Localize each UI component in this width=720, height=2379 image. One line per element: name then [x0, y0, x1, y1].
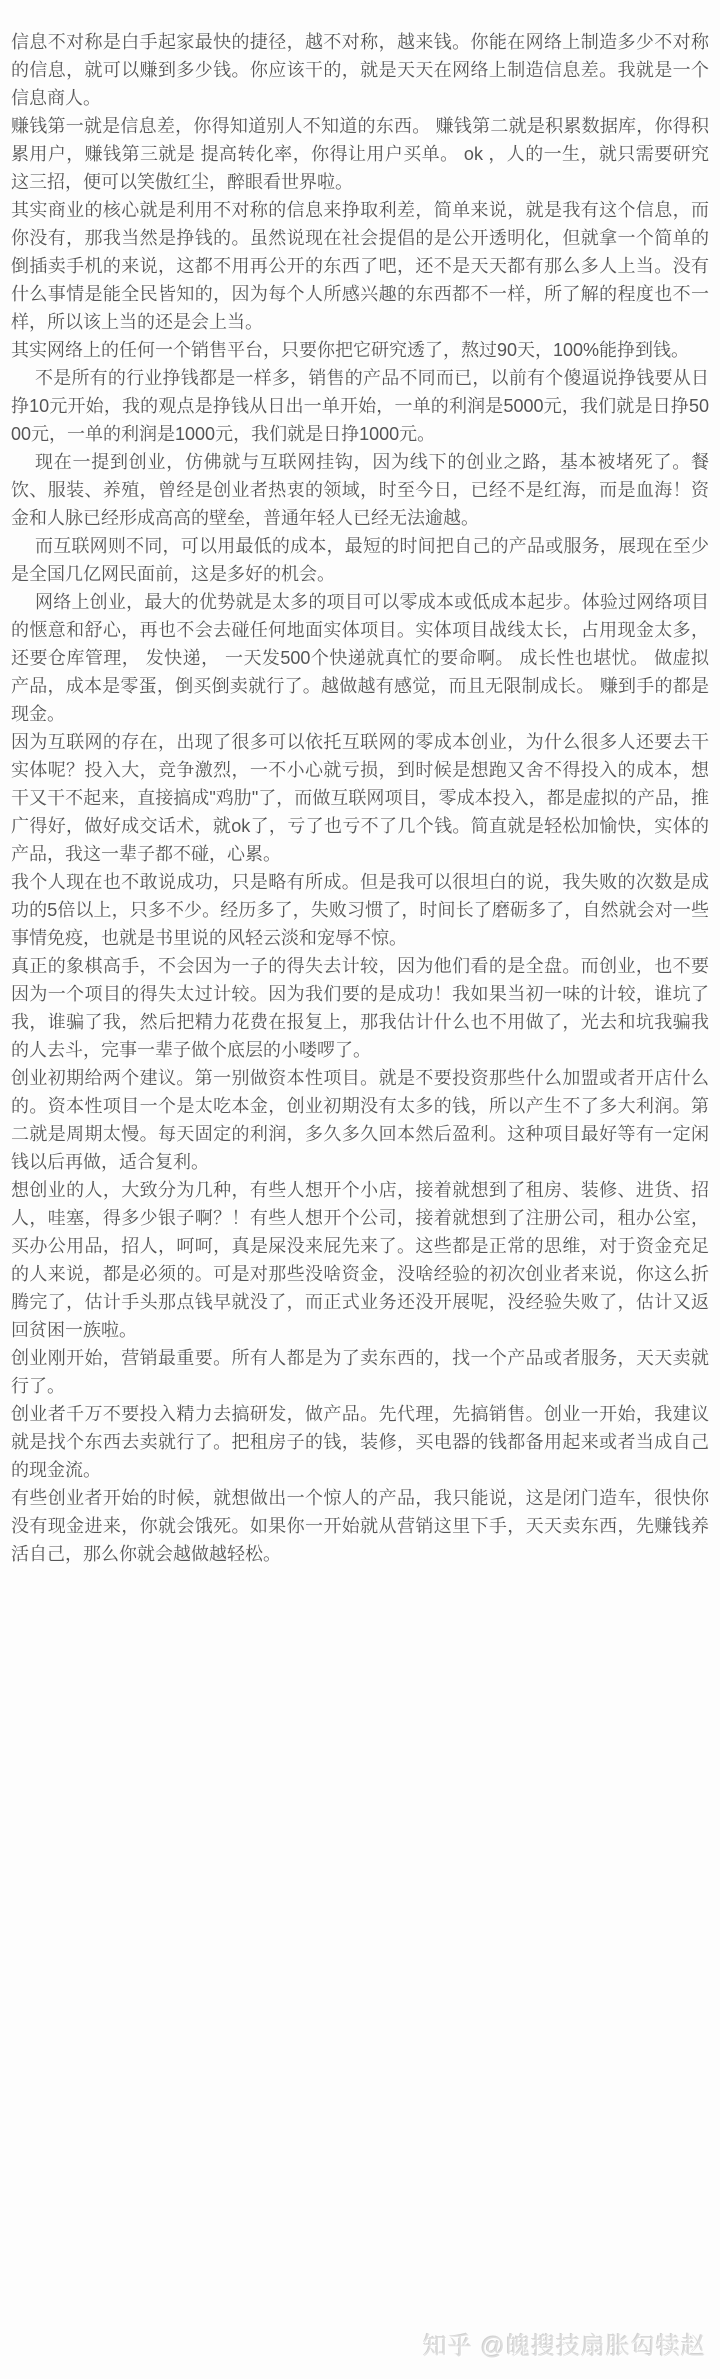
article-paragraph: 其实商业的核心就是利用不对称的信息来挣取利差，简单来说，就是我有这个信息，而你没…: [11, 196, 709, 336]
article-paragraph: 信息不对称是白手起家最快的捷径，越不对称，越来钱。你能在网络上制造多少不对称的信…: [11, 28, 709, 112]
zhihu-watermark: 知乎 @魄搜技扇胀匃犊赵: [423, 2333, 706, 2361]
article-paragraph: 有些创业者开始的时候，就想做出一个惊人的产品，我只能说，这是闭门造车，很快你没有…: [11, 1484, 709, 1568]
article-paragraph: 我个人现在也不敢说成功，只是略有所成。但是我可以很坦白的说，我失败的次数是成功的…: [11, 868, 709, 952]
article-paragraph: 因为互联网的存在，出现了很多可以依托互联网的零成本创业，为什么很多人还要去干实体…: [11, 728, 709, 868]
article-paragraph: 创业者千万不要投入精力去搞研发，做产品。先代理，先搞销售。创业一开始，我建议就是…: [11, 1400, 709, 1484]
article-paragraph: 创业刚开始，营销最重要。所有人都是为了卖东西的，找一个产品或者服务，天天卖就行了…: [11, 1344, 709, 1400]
article-paragraph: 而互联网则不同，可以用最低的成本，最短的时间把自己的产品或服务，展现在至少是全国…: [11, 532, 709, 588]
article-paragraph: 想创业的人，大致分为几种，有些人想开个小店，接着就想到了租房、装修、进货、招人，…: [11, 1176, 709, 1344]
article-paragraph: 网络上创业，最大的优势就是太多的项目可以零成本或低成本起步。体验过网络项目的惬意…: [11, 588, 709, 728]
article-body: 信息不对称是白手起家最快的捷径，越不对称，越来钱。你能在网络上制造多少不对称的信…: [11, 28, 709, 1568]
article-paragraph: 现在一提到创业，仿佛就与互联网挂钩，因为线下的创业之路，基本被堵死了。餐饮、服装…: [11, 448, 709, 532]
article-paragraph: 不是所有的行业挣钱都是一样多，销售的产品不同而已，以前有个傻逼说挣钱要从日挣10…: [11, 364, 709, 448]
article-paragraph: 其实网络上的任何一个销售平台，只要你把它研究透了，熬过90天，100%能挣到钱。: [11, 336, 709, 364]
article-paragraph: 赚钱第一就是信息差，你得知道别人不知道的东西。 赚钱第二就是积累数据库，你得积累…: [11, 112, 709, 196]
article-paragraph: 真正的象棋高手，不会因为一子的得失去计较，因为他们看的是全盘。而创业，也不要因为…: [11, 952, 709, 1064]
article-screenshot: 信息不对称是白手起家最快的捷径，越不对称，越来钱。你能在网络上制造多少不对称的信…: [0, 0, 720, 2379]
article-paragraph: 创业初期给两个建议。第一别做资本性项目。就是不要投资那些什么加盟或者开店什么的。…: [11, 1064, 709, 1176]
